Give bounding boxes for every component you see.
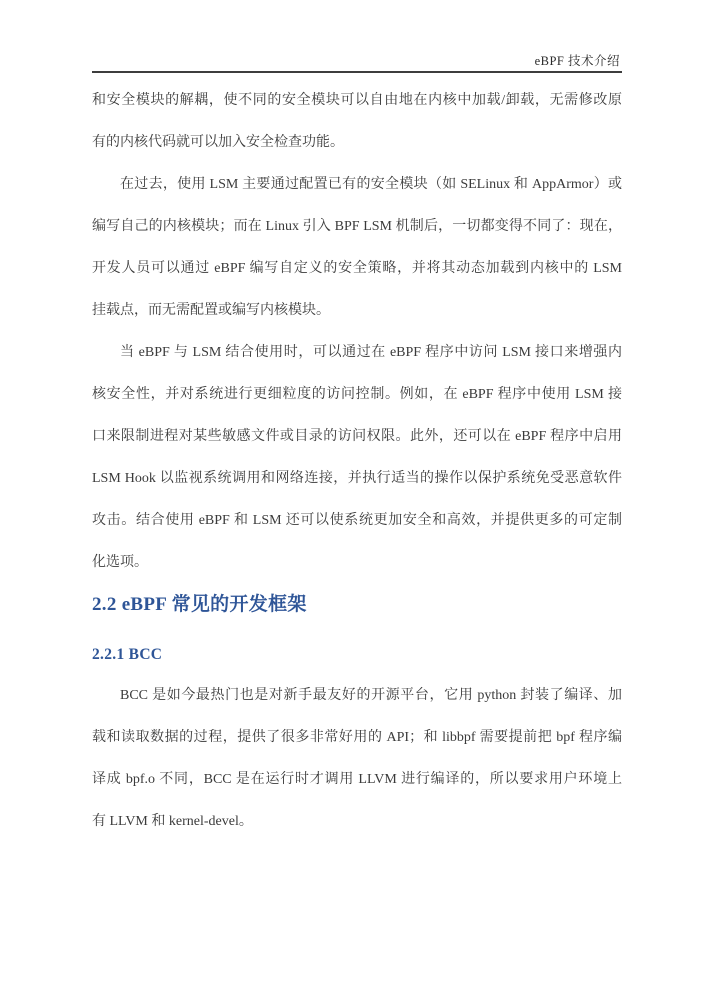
document-body: 和安全模块的解耦，使不同的安全模块可以自由地在内核中加载/卸载，无需修改原 有的… — [92, 80, 622, 843]
section-heading-dev-frameworks: 2.2 eBPF 常见的开发框架 — [92, 592, 622, 618]
body-line: 在过去，使用 LSM 主要通过配置已有的安全模块（如 SELinux 和 App… — [92, 164, 622, 206]
body-line: 和安全模块的解耦，使不同的安全模块可以自由地在内核中加载/卸载，无需修改原 — [92, 80, 622, 122]
paragraph-lsm-past: 在过去，使用 LSM 主要通过配置已有的安全模块（如 SELinux 和 App… — [92, 164, 622, 332]
body-line: 编写自己的内核模块；而在 Linux 引入 BPF LSM 机制后，一切都变得不… — [92, 206, 622, 248]
body-line: 开发人员可以通过 eBPF 编写自定义的安全策略，并将其动态加载到内核中的 LS… — [92, 248, 622, 290]
paragraph-lsm-decoupling: 和安全模块的解耦，使不同的安全模块可以自由地在内核中加载/卸载，无需修改原 有的… — [92, 80, 622, 164]
page-header-title: eBPF 技术介绍 — [535, 51, 620, 69]
body-line: LSM Hook 以监视系统调用和网络连接，并执行适当的操作以保护系统免受恶意软… — [92, 458, 622, 500]
body-line: 当 eBPF 与 LSM 结合使用时，可以通过在 eBPF 程序中访问 LSM … — [92, 332, 622, 374]
body-line: 攻击。结合使用 eBPF 和 LSM 还可以使系统更加安全和高效，并提供更多的可… — [92, 500, 622, 542]
page-header-rule: eBPF 技术介绍 — [92, 0, 622, 73]
document-page: eBPF 技术介绍 和安全模块的解耦，使不同的安全模块可以自由地在内核中加载/卸… — [0, 0, 710, 1004]
body-line: 有的内核代码就可以加入安全检查功能。 — [92, 122, 622, 164]
body-line: 译成 bpf.o 不同，BCC 是在运行时才调用 LLVM 进行编译的，所以要求… — [92, 759, 622, 801]
paragraph-ebpf-lsm-combined: 当 eBPF 与 LSM 结合使用时，可以通过在 eBPF 程序中访问 LSM … — [92, 332, 622, 584]
body-line: 核安全性，并对系统进行更细粒度的访问控制。例如，在 eBPF 程序中使用 LSM… — [92, 374, 622, 416]
body-line: 载和读取数据的过程，提供了很多非常好用的 API；和 libbpf 需要提前把 … — [92, 717, 622, 759]
body-line: BCC 是如今最热门也是对新手最友好的开源平台，它用 python 封装了编译、… — [92, 675, 622, 717]
subsection-heading-bcc: 2.2.1 BCC — [92, 645, 622, 665]
body-line: 化选项。 — [92, 542, 622, 584]
paragraph-bcc-intro: BCC 是如今最热门也是对新手最友好的开源平台，它用 python 封装了编译、… — [92, 675, 622, 843]
body-line: 口来限制进程对某些敏感文件或目录的访问权限。此外，还可以在 eBPF 程序中启用 — [92, 416, 622, 458]
body-line: 挂载点，而无需配置或编写内核模块。 — [92, 290, 622, 332]
body-line: 有 LLVM 和 kernel-devel。 — [92, 801, 622, 843]
